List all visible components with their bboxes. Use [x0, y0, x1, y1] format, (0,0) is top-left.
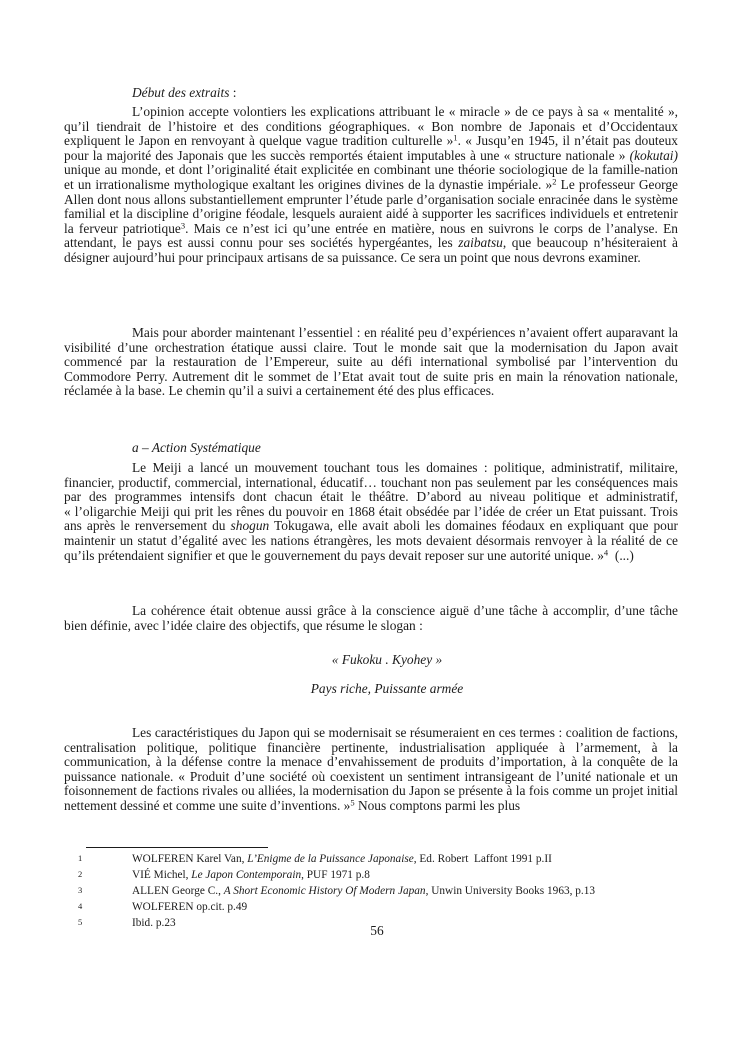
- paragraph-meiji-mouvement: Le Meiji a lancé un mouvement touchant t…: [64, 461, 678, 563]
- footnote-1: 1 WOLFEREN Karel Van, L’Enigme de la Pui…: [64, 851, 678, 867]
- section-heading-action-systematique: a – Action Systématique: [64, 441, 678, 456]
- footnotes-section: 1 WOLFEREN Karel Van, L’Enigme de la Pui…: [64, 851, 678, 931]
- footnote-separator-rule: [86, 847, 268, 848]
- document-page: Début des extraits : L’opinion accepte v…: [0, 0, 744, 1053]
- footnote-2-number: 2: [78, 866, 82, 882]
- footnote-4-text: WOLFEREN op.cit. p.49: [132, 901, 247, 913]
- paragraph-coherence-slogan: La cohérence était obtenue aussi grâce à…: [64, 604, 678, 633]
- footnote-3: 3 ALLEN George C., A Short Economic Hist…: [64, 883, 678, 899]
- footnote-4-number: 4: [78, 898, 82, 914]
- slogan-line-translation: Pays riche, Puissante armée: [80, 682, 694, 697]
- paragraph-caracteristiques-japon: Les caractéristiques du Japon qui se mod…: [64, 726, 678, 814]
- slogan-line-fukoku-kyohey: « Fukoku . Kyohey »: [80, 653, 694, 668]
- paragraph-orchestration-etatique: Mais pour aborder maintenant l’essentiel…: [64, 326, 678, 399]
- footnote-2: 2 VIÉ Michel, Le Japon Contemporain, PUF…: [64, 867, 678, 883]
- footnote-1-number: 1: [78, 850, 82, 866]
- intro-heading: Début des extraits :: [64, 86, 678, 101]
- footnote-3-number: 3: [78, 882, 82, 898]
- footnote-2-text: VIÉ Michel, Le Japon Contemporain, PUF 1…: [132, 869, 370, 881]
- footnote-1-text: WOLFEREN Karel Van, L’Enigme de la Puiss…: [132, 853, 552, 865]
- footnote-4: 4 WOLFEREN op.cit. p.49: [64, 899, 678, 915]
- footnote-3-text: ALLEN George C., A Short Economic Histor…: [132, 885, 595, 897]
- page-number: 56: [70, 924, 684, 939]
- paragraph-opinion-miracle: L’opinion accepte volontiers les explica…: [64, 105, 678, 266]
